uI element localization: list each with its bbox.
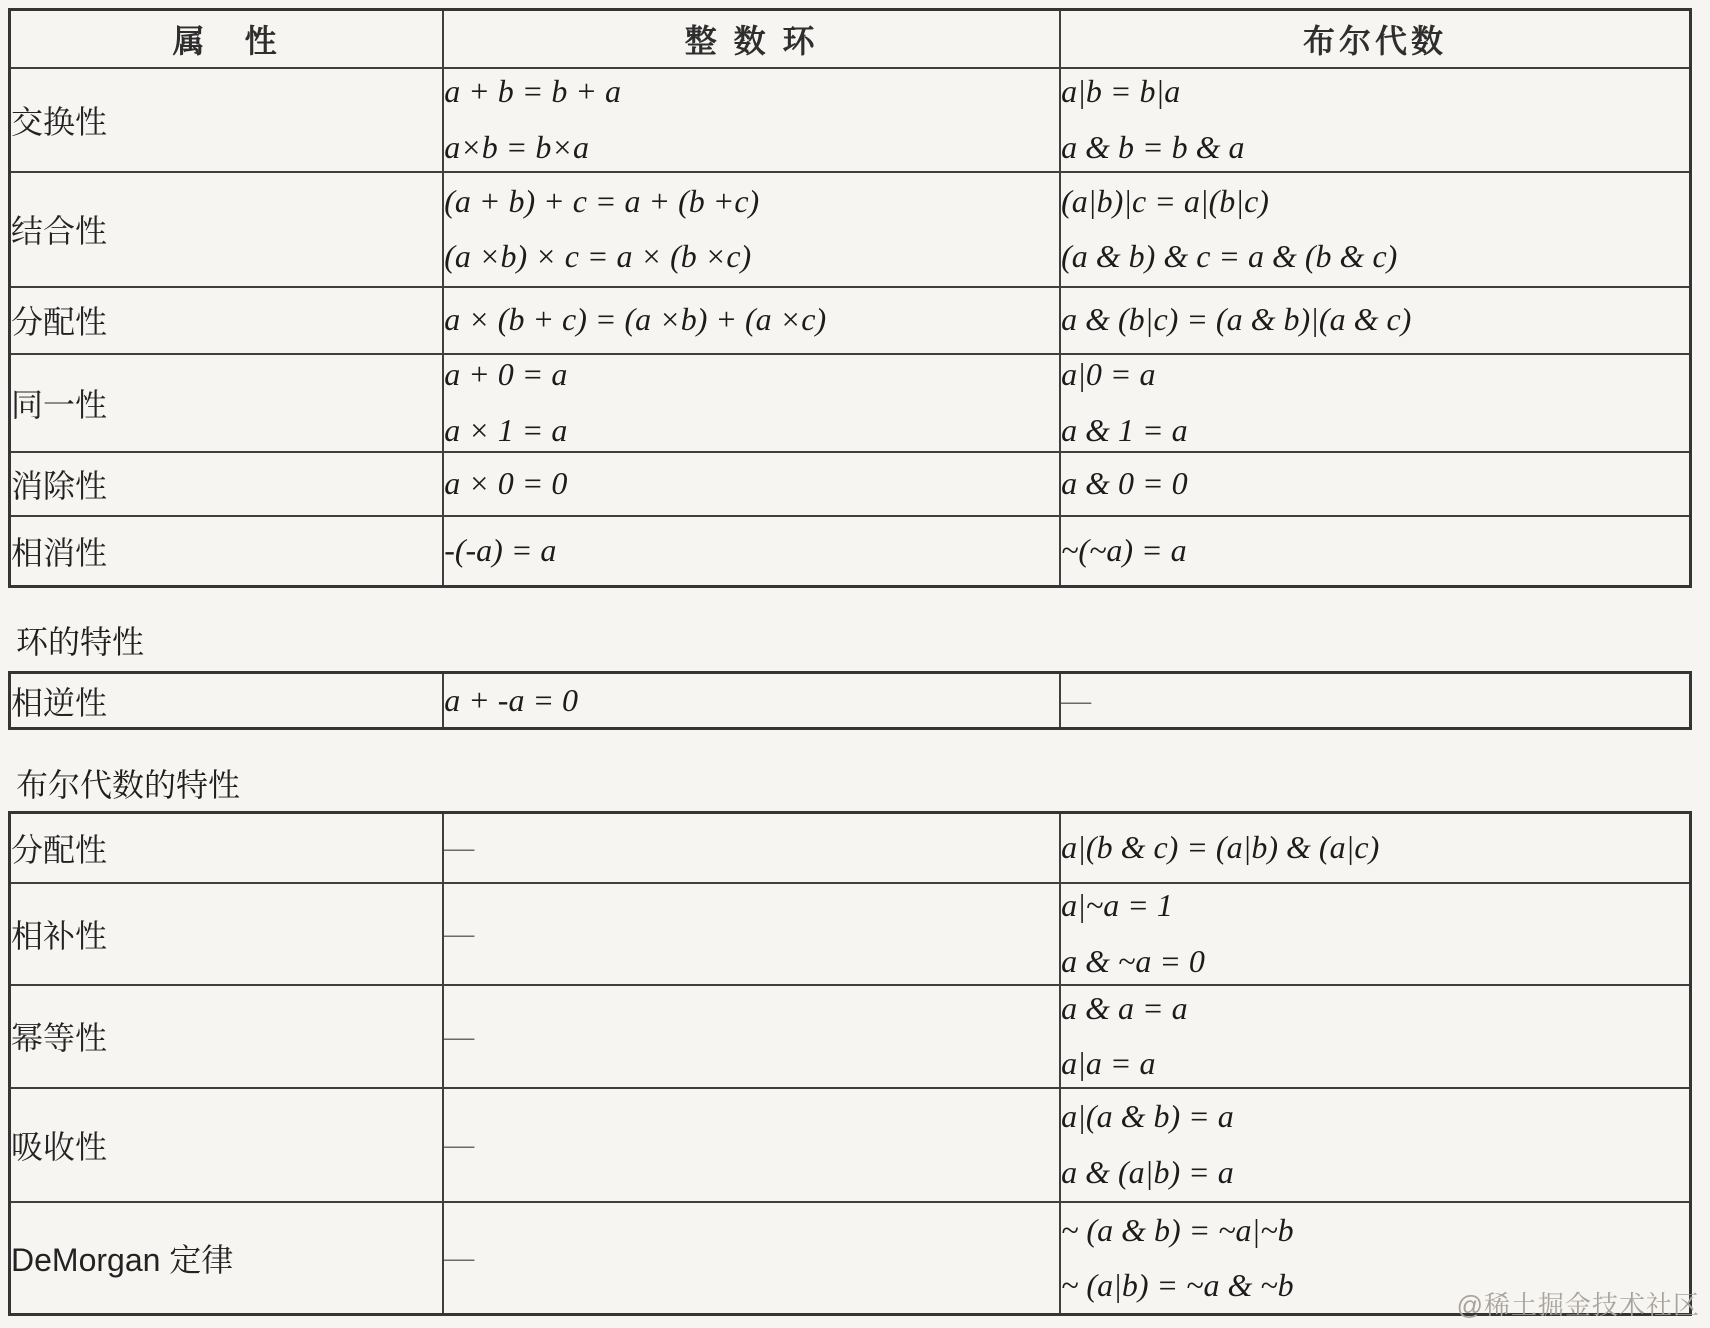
formula-line: a × 0 = 0 — [444, 466, 1059, 501]
formula-line: a|(b & c) = (a|b) & (a|c) — [1061, 830, 1689, 865]
boolean-algebra-cell: a|(a & b) = a a & (a|b) = a — [1060, 1088, 1690, 1202]
dash-placeholder: — — [444, 1128, 1059, 1161]
formula-line: a|~a = 1 — [1061, 888, 1689, 923]
property-cell: 吸收性 — [10, 1088, 444, 1202]
formula-line: a|b = b|a — [1061, 74, 1689, 109]
table-row-associativity: 结合性 (a + b) + c = a + (b +c) (a ×b) × c … — [10, 172, 1691, 287]
formula-line: a|(a & b) = a — [1061, 1099, 1689, 1134]
table-row-inverse: 相逆性 a + -a = 0 — — [10, 673, 1691, 729]
formula-line: a & (a|b) = a — [1061, 1155, 1689, 1190]
dash-placeholder: — — [444, 917, 1059, 950]
integer-ring-cell: — — [443, 985, 1060, 1088]
boolean-properties-heading: 布尔代数的特性 — [8, 768, 1692, 802]
table-row-complementation: 相补性 — a|~a = 1 a & ~a = 0 — [10, 883, 1691, 985]
col-header-property: 属 性 — [10, 10, 444, 68]
property-cell: 同一性 — [10, 354, 444, 452]
ring-properties-heading: 环的特性 — [8, 625, 1692, 659]
formula-line: a & 1 = a — [1061, 413, 1689, 448]
formula-line: a & 0 = 0 — [1061, 466, 1689, 501]
formula-line: a + b = b + a — [444, 74, 1059, 109]
table-row-cancellation: 相消性 -(-a) = a ~(~a) = a — [10, 516, 1691, 587]
boolean-algebra-cell: (a|b)|c = a|(b|c) (a & b) & c = a & (b &… — [1060, 172, 1690, 287]
property-cell: 相逆性 — [10, 673, 444, 729]
formula-line: a & b = b & a — [1061, 130, 1689, 165]
boolean-algebra-cell: a|0 = a a & 1 = a — [1060, 354, 1690, 452]
formula-line: a × (b + c) = (a ×b) + (a ×c) — [444, 302, 1059, 337]
header-row: 属 性 整 数 环 布尔代数 — [10, 10, 1691, 68]
formula-line: a & a = a — [1061, 991, 1689, 1026]
integer-ring-cell: -(-a) = a — [443, 516, 1060, 587]
scanned-table-page: 属 性 整 数 环 布尔代数 交换性 a + b = b + a a×b = b… — [8, 8, 1692, 1316]
boolean-algebra-cell: a & (b|c) = (a & b)|(a & c) — [1060, 287, 1690, 354]
integer-ring-cell: — — [443, 1202, 1060, 1315]
integer-ring-cell: — — [443, 813, 1060, 883]
dash-placeholder: — — [444, 1241, 1059, 1274]
dash-placeholder: — — [1061, 684, 1689, 717]
formula-line: (a|b)|c = a|(b|c) — [1061, 184, 1689, 219]
property-cell: 分配性 — [10, 813, 444, 883]
table-row-commutativity: 交换性 a + b = b + a a×b = b×a a|b = b|a a … — [10, 68, 1691, 172]
integer-ring-cell: a + -a = 0 — [443, 673, 1060, 729]
boolean-algebra-cell: a & a = a a|a = a — [1060, 985, 1690, 1088]
formula-line: ~(~a) = a — [1061, 533, 1689, 568]
table-row-idempotency: 幂等性 — a & a = a a|a = a — [10, 985, 1691, 1088]
property-cell: 交换性 — [10, 68, 444, 172]
integer-ring-cell: a × (b + c) = (a ×b) + (a ×c) — [443, 287, 1060, 354]
property-cell: DeMorgan 定律 — [10, 1202, 444, 1315]
boolean-algebra-cell: ~(~a) = a — [1060, 516, 1690, 587]
table-row-annihilation: 消除性 a × 0 = 0 a & 0 = 0 — [10, 452, 1691, 516]
dash-placeholder: — — [444, 831, 1059, 864]
integer-ring-cell: — — [443, 1088, 1060, 1202]
main-properties-table: 属 性 整 数 环 布尔代数 交换性 a + b = b + a a×b = b… — [8, 8, 1692, 588]
boolean-algebra-cell: a|~a = 1 a & ~a = 0 — [1060, 883, 1690, 985]
formula-line: (a ×b) × c = a × (b ×c) — [444, 239, 1059, 274]
formula-line: a + 0 = a — [444, 357, 1059, 392]
col-header-integer-ring: 整 数 环 — [443, 10, 1060, 68]
boolean-algebra-cell: a|(b & c) = (a|b) & (a|c) — [1060, 813, 1690, 883]
property-cell: 消除性 — [10, 452, 444, 516]
formula-line: ~ (a & b) = ~a|~b — [1061, 1213, 1689, 1248]
integer-ring-cell: — — [443, 883, 1060, 985]
property-cell: 结合性 — [10, 172, 444, 287]
integer-ring-cell: a + b = b + a a×b = b×a — [443, 68, 1060, 172]
boolean-properties-table: 分配性 — a|(b & c) = (a|b) & (a|c) 相补性 — a|… — [8, 811, 1692, 1316]
formula-line: -(-a) = a — [444, 533, 1059, 568]
formula-line: a & (b|c) = (a & b)|(a & c) — [1061, 302, 1689, 337]
property-cell: 相消性 — [10, 516, 444, 587]
table-row-distributivity: 分配性 a × (b + c) = (a ×b) + (a ×c) a & (b… — [10, 287, 1691, 354]
formula-line: a + -a = 0 — [444, 683, 1059, 718]
table-row-distributivity-bool: 分配性 — a|(b & c) = (a|b) & (a|c) — [10, 813, 1691, 883]
property-cell: 相补性 — [10, 883, 444, 985]
formula-line: (a + b) + c = a + (b +c) — [444, 184, 1059, 219]
formula-line: a × 1 = a — [444, 413, 1059, 448]
table-row-identity: 同一性 a + 0 = a a × 1 = a a|0 = a a & 1 = … — [10, 354, 1691, 452]
formula-line: a|a = a — [1061, 1046, 1689, 1081]
table-row-absorption: 吸收性 — a|(a & b) = a a & (a|b) = a — [10, 1088, 1691, 1202]
boolean-algebra-cell: — — [1060, 673, 1690, 729]
table-row-demorgan: DeMorgan 定律 — ~ (a & b) = ~a|~b ~ (a|b) … — [10, 1202, 1691, 1315]
boolean-algebra-cell: a & 0 = 0 — [1060, 452, 1690, 516]
dash-placeholder: — — [444, 1020, 1059, 1053]
formula-line: a|0 = a — [1061, 357, 1689, 392]
formula-line: a×b = b×a — [444, 130, 1059, 165]
col-header-boolean-algebra: 布尔代数 — [1060, 10, 1690, 68]
watermark-text: @稀土掘金技术社区 — [1457, 1285, 1700, 1322]
property-cell: 分配性 — [10, 287, 444, 354]
formula-line: (a & b) & c = a & (b & c) — [1061, 239, 1689, 274]
integer-ring-cell: a + 0 = a a × 1 = a — [443, 354, 1060, 452]
property-cell: 幂等性 — [10, 985, 444, 1088]
formula-line: a & ~a = 0 — [1061, 944, 1689, 979]
integer-ring-cell: (a + b) + c = a + (b +c) (a ×b) × c = a … — [443, 172, 1060, 287]
integer-ring-cell: a × 0 = 0 — [443, 452, 1060, 516]
ring-properties-table: 相逆性 a + -a = 0 — — [8, 671, 1692, 730]
boolean-algebra-cell: a|b = b|a a & b = b & a — [1060, 68, 1690, 172]
